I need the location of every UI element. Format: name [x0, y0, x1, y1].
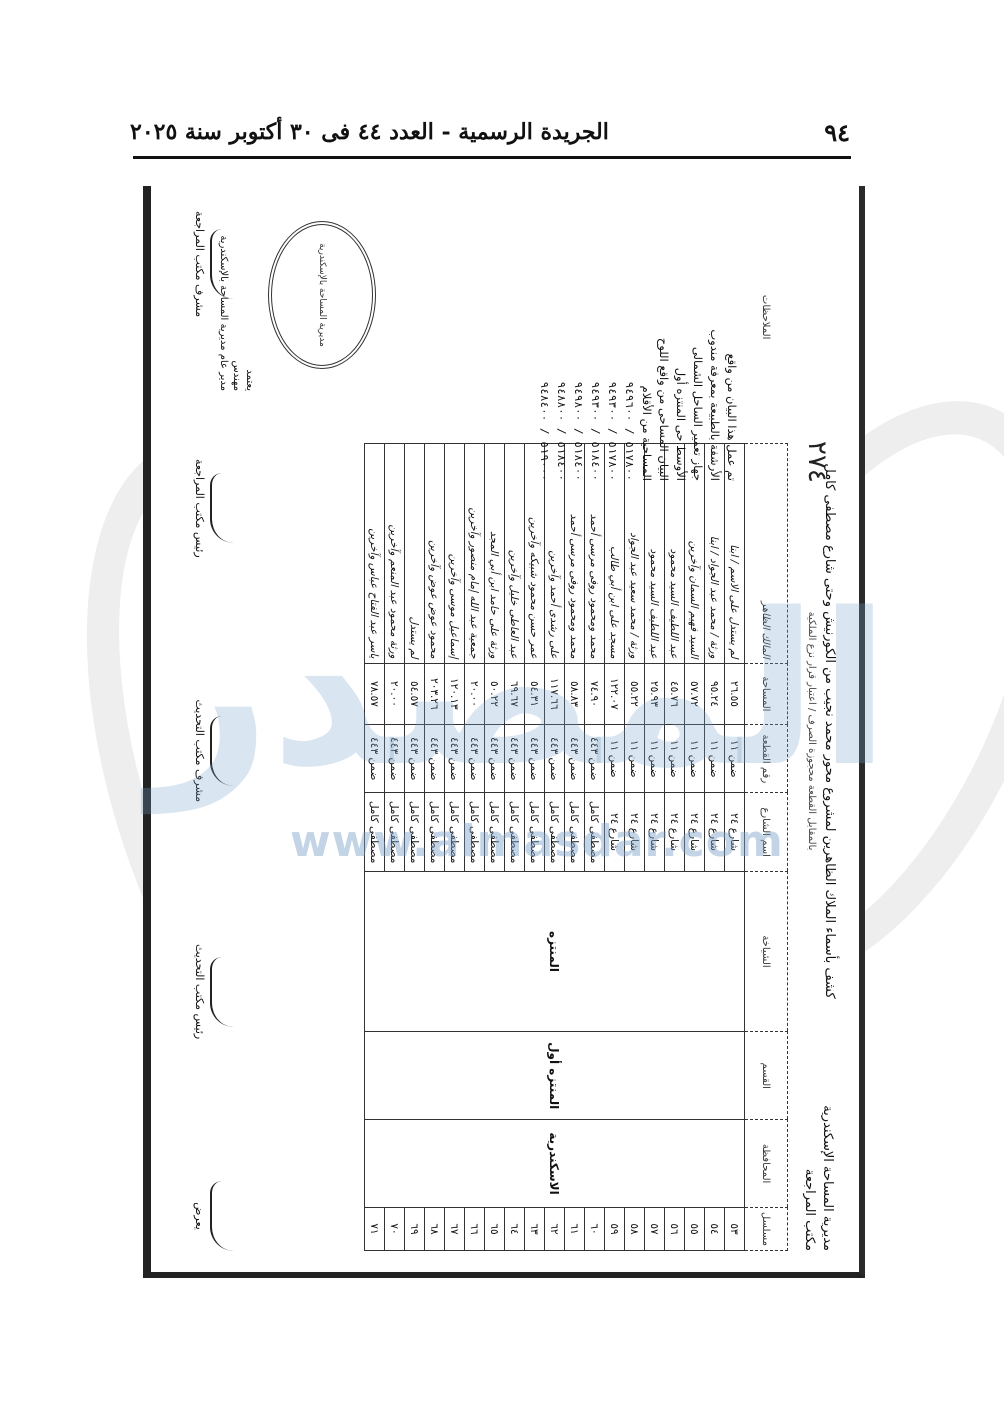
notes-lines: تم عمل هذا البيان من واقعالأرشفة بالطبيع…	[638, 211, 740, 481]
area-cell: ٢٠.٠٠	[385, 663, 405, 725]
street-cell: شارع ٢٤	[605, 793, 625, 871]
note-line: الأوسط حى المنتزه أول	[672, 211, 689, 481]
area-cell: ١٢٠.١٣	[445, 663, 465, 725]
area-cell: ٢٥.٩٣	[645, 663, 665, 725]
area-cell: ٩٥.٢٤	[705, 663, 725, 725]
document-subtitle: بالمقابل القطعة محجوزة الصرف / اعتبار قر…	[802, 421, 820, 1041]
owner-cell: جمعية عبد الله إمام منصور وآخرين	[465, 444, 485, 663]
official-stamp: مديرية المساحة بالإسكندرية	[268, 221, 376, 369]
page-number: ٩٤	[824, 118, 850, 147]
gazette-title: الجريدة الرسمية - العدد ٤٤ فى ٣٠ أكتوبر …	[130, 119, 609, 145]
serial-cell: ٦٥	[485, 1207, 505, 1250]
area-cell: ٥٤.٣١	[525, 663, 545, 725]
column-header: الملاحظات	[745, 191, 788, 444]
column-header: المالك الظاهر	[745, 444, 788, 663]
street-cell: شارع ٢٤	[705, 793, 725, 871]
serial-cell: ٧١	[365, 1207, 385, 1250]
signature-label: رئيس مكتب المراجعة	[193, 459, 206, 558]
signature-label: مشرف مكتب المراجعة	[193, 211, 206, 317]
coordinate-entry: ٥١٨٤٠٠ / ٩٤٩٣٠٠	[587, 211, 604, 481]
coordinate-entry: ٥١٧٨٠٠ / ٩٤٩٣٠٠	[604, 211, 621, 481]
street-cell: مصطفى كامل	[405, 793, 425, 871]
stamp-text: مديرية المساحة بالإسكندرية	[317, 243, 327, 347]
scanned-document: مديرية المساحة الإسكندرية مكتب المراجعة …	[143, 186, 865, 1278]
serial-cell: ٥٨	[625, 1207, 645, 1250]
page-header: ٩٤ الجريدة الرسمية - العدد ٤٤ فى ٣٠ أكتو…	[130, 110, 850, 154]
handwritten-mark: ٢٧٤	[802, 441, 832, 483]
owner-cell: ورثة على حامد ابن أبي المجد	[485, 444, 505, 663]
section-cell: المنتزه أول	[365, 1032, 745, 1120]
note-line: البيان المساحى من واقع اللوح	[655, 211, 672, 481]
plot-cell: ضمن ١١	[705, 725, 725, 793]
serial-cell: ٥٩	[605, 1207, 625, 1250]
note-line: الأرشفة بالطبيعة بمعرفة مندوب	[706, 211, 723, 481]
serial-cell: ٥٥	[685, 1207, 705, 1250]
street-cell: مصطفى كامل	[545, 793, 565, 871]
serial-cell: ٦٩	[405, 1207, 425, 1250]
signature-scribble	[210, 957, 234, 1027]
table-header-row: مسلسلالمحافظةالقسمالشياخةاسم الشارعرقم ا…	[745, 191, 788, 1251]
signature-scribble	[210, 1181, 234, 1251]
street-cell: مصطفى كامل	[365, 793, 385, 871]
signature-block: رئيس مكتب المراجعة	[193, 459, 234, 558]
signature-scribble	[210, 473, 234, 543]
column-header: القسم	[745, 1032, 788, 1120]
plot-cell: ضمن ٤٤٣	[425, 725, 445, 793]
area-cell: ١١٧.٦٦	[545, 663, 565, 725]
street-cell: مصطفى كامل	[445, 793, 465, 871]
approval-position: مدير عام مديرية المساحة بالإسكندرية	[217, 211, 230, 391]
coordinate-entry: ٥١٨٤٠٠ / ٩٤٨٨٠٠	[553, 211, 570, 481]
street-cell: شارع ٢٤	[645, 793, 665, 871]
serial-cell: ٥٧	[645, 1207, 665, 1250]
street-cell: مصطفى كامل	[465, 793, 485, 871]
serial-cell: ٥٦	[665, 1207, 685, 1250]
area-cell: ٧٨.٥٧	[365, 663, 385, 725]
column-header: مسلسل	[745, 1207, 788, 1250]
plot-cell: ضمن ١١	[665, 725, 685, 793]
column-header: رقم القطعة	[745, 725, 788, 793]
owner-cell: ياسر عبد الفتاح عباس وآخرين	[365, 444, 385, 663]
area-cell: ٢٠٣.٢٦	[425, 663, 445, 725]
plot-cell: ضمن ١١	[605, 725, 625, 793]
street-cell: مصطفى كامل	[425, 793, 445, 871]
signature-scribble	[210, 716, 234, 786]
column-header: الشياخة	[745, 871, 788, 1031]
plot-cell: ضمن ٤٤٣	[525, 725, 545, 793]
signature-label: مشرف مكتب التحديث	[193, 699, 206, 802]
note-line: جهاز تعمير الساحل الشمالى	[689, 211, 706, 481]
street-cell: شارع ٢٤	[665, 793, 685, 871]
area-cell: ٤٥.٧٦	[665, 663, 685, 725]
area-cell: ٥٤.٥٧	[405, 663, 425, 725]
rotated-sheet: مديرية المساحة الإسكندرية مكتب المراجعة …	[156, 191, 846, 1261]
governorate-cell: الاسكندرية	[365, 1120, 745, 1208]
coordinate-entry: ٥١٧٨٠٠ / ٩٤٩٦٠٠	[621, 211, 638, 481]
plot-cell: ضمن ٤٤٣	[385, 725, 405, 793]
plot-cell: ضمن ١١	[725, 725, 745, 793]
serial-cell: ٦٨	[425, 1207, 445, 1250]
owner-cell: لم يستدل	[405, 444, 425, 663]
street-cell: شارع ٢٤	[725, 793, 745, 871]
serial-cell: ٧٠	[385, 1207, 405, 1250]
column-header: اسم الشارع	[745, 793, 788, 871]
plot-cell: ضمن ٤٤٣	[405, 725, 425, 793]
column-header: المحافظة	[745, 1120, 788, 1208]
plot-cell: ضمن ٤٤٣	[505, 725, 525, 793]
serial-cell: ٦٢	[545, 1207, 565, 1250]
org-directorate: مديرية المساحة الإسكندرية	[818, 1051, 836, 1251]
street-cell: شارع ٢٤	[685, 793, 705, 871]
org-office: مكتب المراجعة	[800, 1051, 818, 1251]
document-title: كشف بأسماء الملاك الظاهرين لمشروع محور م…	[820, 421, 838, 1041]
serial-cell: ٦٧	[445, 1207, 465, 1250]
area-cell: ٢٦.٥٥	[725, 663, 745, 725]
street-cell: مصطفى كامل	[505, 793, 525, 871]
plot-cell: ضمن ١١	[685, 725, 705, 793]
area-cell: ٦٩.٦٧	[505, 663, 525, 725]
area-cell: ٥٥.٢٢	[625, 663, 645, 725]
area-cell: ١٢٢.٠٧	[605, 663, 625, 725]
area-cell: ٥٠.٢٢	[485, 663, 505, 725]
plot-cell: ضمن ٤٤٣	[585, 725, 605, 793]
shiakha-cell: المنتزه	[365, 871, 745, 1031]
serial-cell: ٦٤	[505, 1207, 525, 1250]
approval-label: يعتمد	[243, 211, 256, 391]
plot-cell: ضمن ٤٤٣	[485, 725, 505, 793]
notes-block: تم عمل هذا البيان من واقعالأرشفة بالطبيع…	[536, 211, 740, 481]
note-line: تم عمل هذا البيان من واقع	[723, 211, 740, 481]
area-cell: ٥٧.٧٢	[685, 663, 705, 725]
serial-cell: ٥٣	[725, 1207, 745, 1250]
area-cell: ٥٨.٨٣	[565, 663, 585, 725]
coordinate-entry: ٥١٩٠٠٠ / ٩٤٨٤٠٠	[536, 211, 553, 481]
approval-title: مهندس	[230, 211, 243, 391]
plot-cell: ضمن ١١	[625, 725, 645, 793]
street-cell: مصطفى كامل	[565, 793, 585, 871]
serial-cell: ٦٠	[585, 1207, 605, 1250]
plot-cell: ضمن ٤٤٣	[365, 725, 385, 793]
serial-cell: ٦٣	[525, 1207, 545, 1250]
plot-cell: ضمن ٤٤٣	[565, 725, 585, 793]
street-cell: مصطفى كامل	[385, 793, 405, 871]
column-header: المساحة	[745, 663, 788, 725]
note-line: المساحية من الأقلام	[638, 211, 655, 481]
serial-cell: ٥٤	[705, 1207, 725, 1250]
signature-label: رئيس مكتب التحديث	[193, 944, 206, 1039]
owner-cell: عبد العاطى خليل وآخرين	[505, 444, 525, 663]
coordinates-list: ٥١٧٨٠٠ / ٩٤٩٦٠٠٥١٧٨٠٠ / ٩٤٩٣٠٠٥١٨٤٠٠ / ٩…	[536, 211, 638, 481]
street-cell: مصطفى كامل	[485, 793, 505, 871]
signature-block: رئيس مكتب التحديث	[193, 944, 234, 1039]
street-cell: شارع ٢٤	[625, 793, 645, 871]
signature-block: يعرض	[193, 1181, 234, 1251]
owner-cell: ورثة محمود عبد المنعم وآخرين	[385, 444, 405, 663]
header-divider	[133, 156, 851, 159]
plot-cell: ضمن ٤٤٣	[545, 725, 565, 793]
serial-cell: ٦٦	[465, 1207, 485, 1250]
plot-cell: ضمن ١١	[645, 725, 665, 793]
approval-block: يعتمد مهندس مدير عام مديرية المساحة بالإ…	[217, 211, 256, 391]
plot-cell: ضمن ٤٤٣	[465, 725, 485, 793]
plot-cell: ضمن ٤٤٣	[445, 725, 465, 793]
street-cell: مصطفى كامل	[525, 793, 545, 871]
signature-block: مشرف مكتب التحديث	[193, 699, 234, 802]
area-cell: ٢٠.٠٠	[465, 663, 485, 725]
owner-cell: إسماعيل موسى وآخرين	[445, 444, 465, 663]
area-cell: ٧٤.٩٠	[585, 663, 605, 725]
street-cell: مصطفى كامل	[585, 793, 605, 871]
document-title-block: كشف بأسماء الملاك الظاهرين لمشروع محور م…	[802, 421, 838, 1041]
coordinate-entry: ٥١٨٤٠٠ / ٩٤٩٨٠٠	[570, 211, 587, 481]
serial-cell: ٦١	[565, 1207, 585, 1250]
owner-cell: محمود عوض عوض وآخرين	[425, 444, 445, 663]
issuing-office: مديرية المساحة الإسكندرية مكتب المراجعة	[800, 1051, 836, 1251]
signature-label: يعرض	[193, 1202, 206, 1230]
